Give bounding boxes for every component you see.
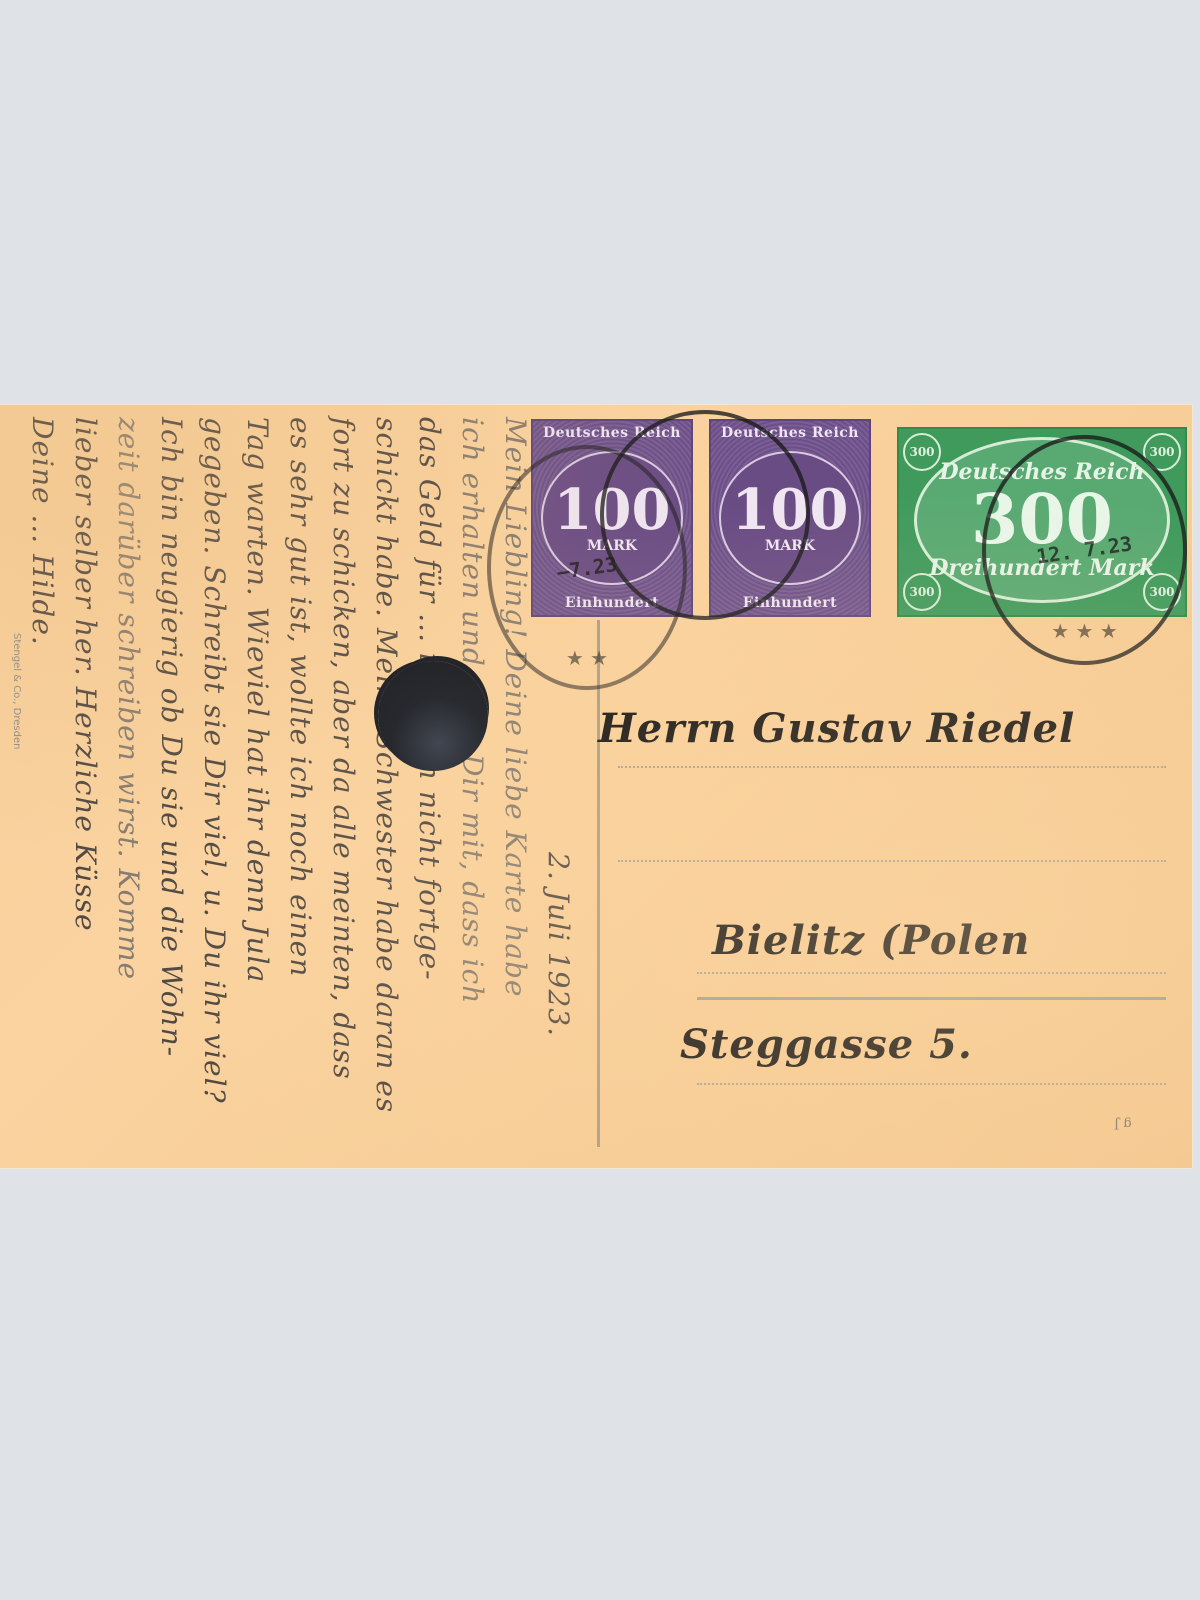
address-street: Steggasse 5. [680,1021,973,1068]
postmark-center [600,410,810,620]
ink-blot [378,661,488,771]
address-line [697,972,1166,974]
message-line: Ich bin neugierig ob Du sie und die Wohn… [150,417,193,1157]
message-line: fort zu schicken, aber da alle meinten, … [322,417,365,1157]
message-line: zeit darüber schreiben wirst. Komme [107,417,150,1157]
stamp-corner-value: 300 [903,573,941,611]
card-code: g J [1114,1116,1132,1131]
printer-imprint: Stengel & Co., Dresden [11,633,22,749]
address-divider [597,620,600,1147]
postmark-stars: ★ ★ [566,646,608,670]
message-line: schickt habe. Meine Schwester habe daran… [365,417,408,1157]
postmark-right: 12. 7.23 ★ ★ ★ [982,435,1187,665]
message-line: lieber selber her. Herzliche Küsse [64,417,107,1157]
message-line: gegeben. Schreibt sie Dir viel, u. Du ih… [193,417,236,1157]
message-line: Tag warten. Wieviel hat ihr denn Jula [236,417,279,1157]
message-line: das Geld für ... ich noch nicht fortge- [408,417,451,1157]
message-line: ich erhalten und teile Dir mit, dass ich [451,417,494,1157]
postmark-date: 12. 7.23 [1035,531,1134,568]
postmark-stars: ★ ★ ★ [1051,619,1118,643]
address-line-solid [697,997,1166,1000]
address-city: Bielitz (Polen [712,917,1030,964]
message-signature: Deine ... Hilde. [21,417,64,1157]
message-line: es sehr gut ist, wollte ich noch einen [279,417,322,1157]
address-line [618,860,1166,862]
stamp-corner-value: 300 [903,433,941,471]
postcard: 2. Juli 1923. Mein Liebling! Deine liebe… [0,405,1192,1168]
address-recipient: Herrn Gustav Riedel [598,705,1075,752]
address-line [618,766,1166,768]
address-line [697,1083,1166,1085]
